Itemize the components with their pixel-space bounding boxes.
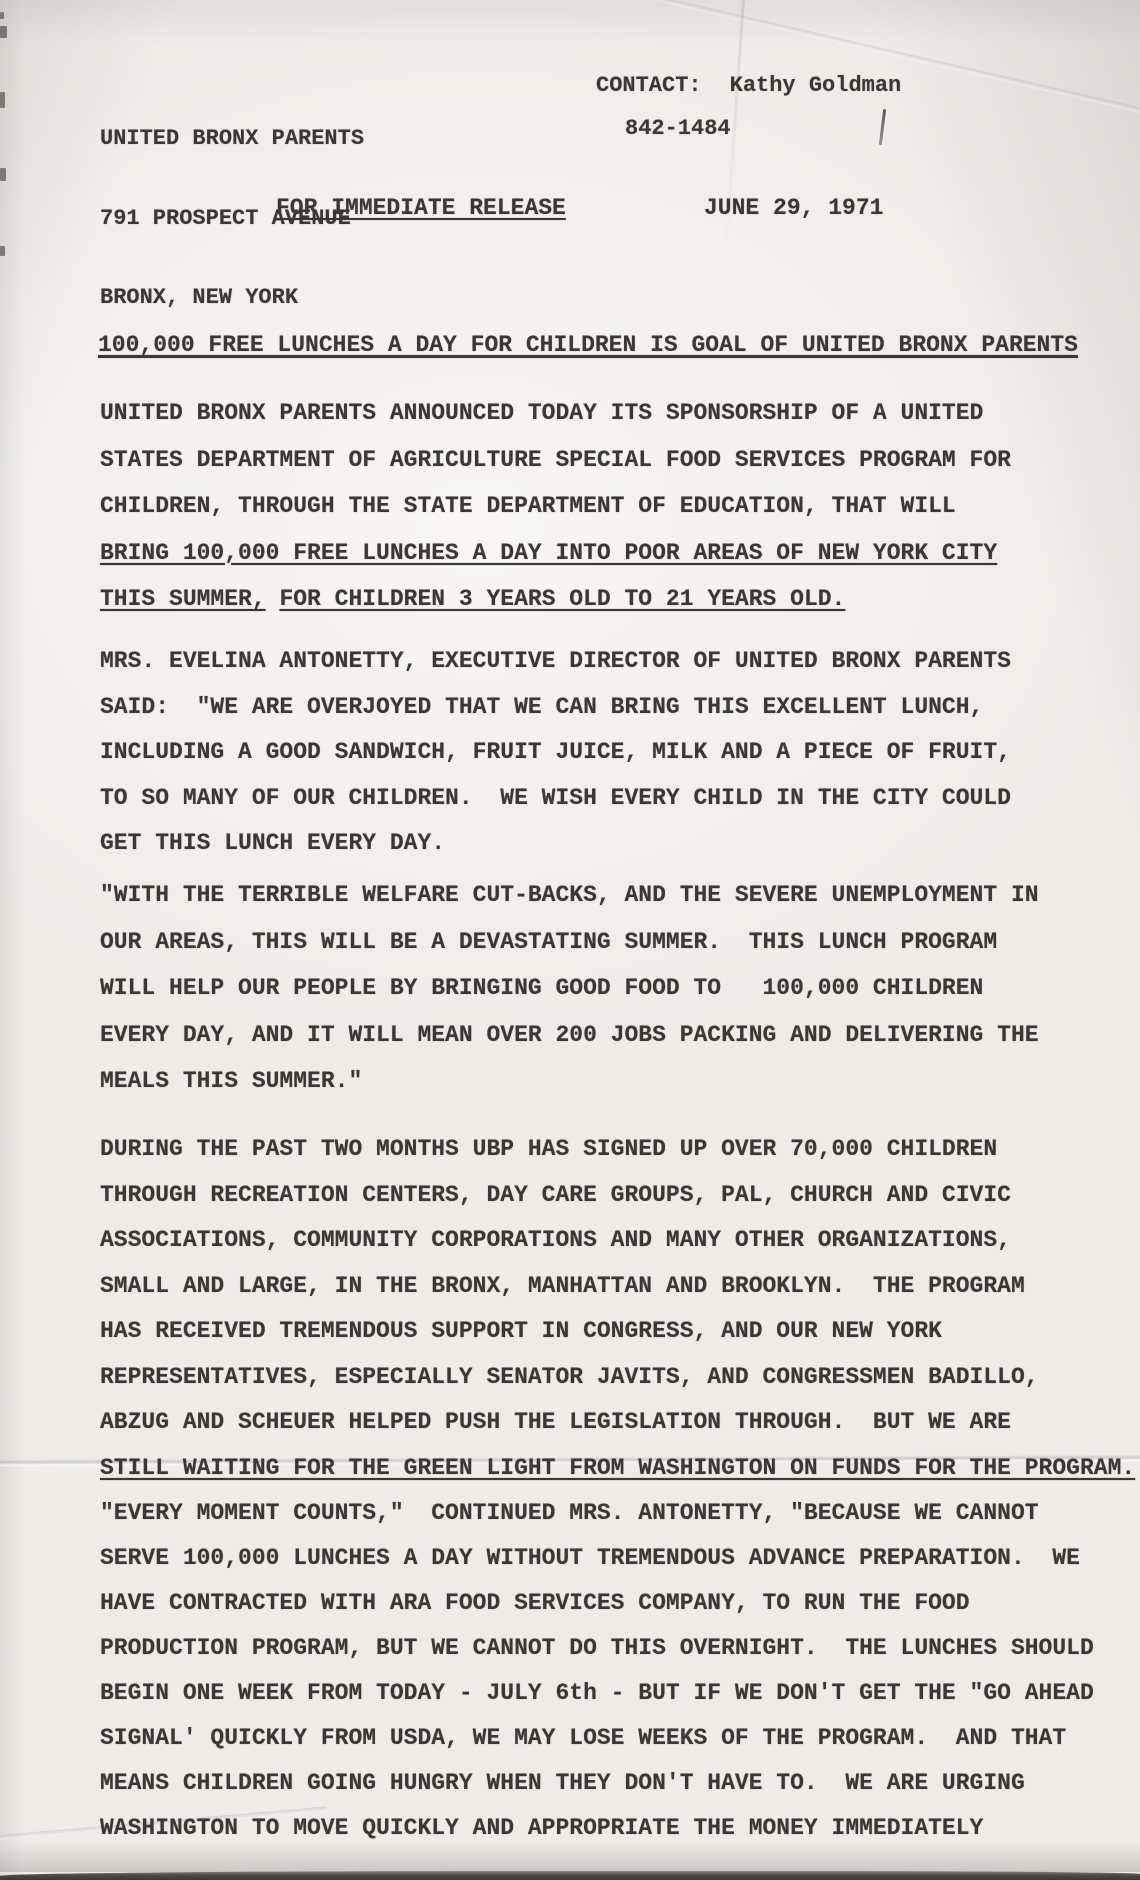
document-line: EVERY DAY, AND IT WILL MEAN OVER 200 JOB… [100,1012,1039,1059]
document-line: "EVERY MOMENT COUNTS," CONTINUED MRS. AN… [100,1491,1094,1536]
document-line: PRODUCTION PROGRAM, BUT WE CANNOT DO THI… [100,1626,1094,1671]
document-line: SIGNAL' QUICKLY FROM USDA, WE MAY LOSE W… [100,1716,1094,1761]
document-line: GET THIS LUNCH EVERY DAY. [100,821,1011,867]
document-line: STILL WAITING FOR THE GREEN LIGHT FROM W… [100,1446,1135,1492]
document-line: SAID: "WE ARE OVERJOYED THAT WE CAN BRIN… [100,685,1011,731]
document-line: WILL HELP OUR PEOPLE BY BRINGING GOOD FO… [100,965,1039,1012]
document-line: THIS SUMMER, FOR CHILDREN 3 YEARS OLD TO… [100,576,1011,623]
scan-edge-artifact [0,246,5,256]
scan-edge-artifact [0,168,6,181]
release-line: FOR IMMEDIATE RELEASE [276,193,566,223]
document-line: THROUGH RECREATION CENTERS, DAY CARE GRO… [100,1173,1135,1219]
document-line: MEANS CHILDREN GOING HUNGRY WHEN THEY DO… [100,1761,1094,1806]
paragraph-4: DURING THE PAST TWO MONTHS UBP HAS SIGNE… [100,1127,1135,1491]
document-line: INCLUDING A GOOD SANDWICH, FRUIT JUICE, … [100,730,1011,776]
paper-crease [639,0,1140,123]
document-line: BEGIN ONE WEEK FROM TODAY - JULY 6th - B… [100,1671,1094,1716]
scan-edge-artifact [0,12,4,19]
document-line: ABZUG AND SCHEUER HELPED PUSH THE LEGISL… [100,1400,1135,1446]
document-line: SMALL AND LARGE, IN THE BRONX, MANHATTAN… [100,1264,1135,1310]
org-city: BRONX, NEW YORK [100,285,364,312]
paragraph-3: "WITH THE TERRIBLE WELFARE CUT-BACKS, AN… [100,872,1039,1105]
document-line: SERVE 100,000 LUNCHES A DAY WITHOUT TREM… [100,1536,1094,1581]
contact-name: Kathy Goldman [730,73,902,98]
document-line: "WITH THE TERRIBLE WELFARE CUT-BACKS, AN… [100,872,1039,919]
document-line: CHILDREN, THROUGH THE STATE DEPARTMENT O… [100,483,1011,530]
paper-bottom-edge-shadow [0,1842,1140,1872]
scanned-press-release-page: UNITED BRONX PARENTS 791 PROSPECT AVENUE… [0,0,1140,1880]
contact-phone: 842-1484 [625,116,731,143]
paragraph-2: MRS. EVELINA ANTONETTY, EXECUTIVE DIRECT… [100,639,1011,867]
document-line: HAS RECEIVED TREMENDOUS SUPPORT IN CONGR… [100,1309,1135,1355]
document-line: MRS. EVELINA ANTONETTY, EXECUTIVE DIRECT… [100,639,1011,685]
document-line: STATES DEPARTMENT OF AGRICULTURE SPECIAL… [100,437,1011,484]
document-line: REPRESENTATIVES, ESPECIALLY SENATOR JAVI… [100,1355,1135,1401]
headline: 100,000 FREE LUNCHES A DAY FOR CHILDREN … [98,330,1078,360]
document-line: TO SO MANY OF OUR CHILDREN. WE WISH EVER… [100,776,1011,822]
org-name: UNITED BRONX PARENTS [100,126,364,153]
document-line: BRING 100,000 FREE LUNCHES A DAY INTO PO… [100,530,1011,577]
document-line: MEALS THIS SUMMER." [100,1058,1039,1105]
contact-line: CONTACT:Kathy Goldman [596,73,901,100]
document-line: OUR AREAS, THIS WILL BE A DEVASTATING SU… [100,919,1039,966]
contact-label: CONTACT: [596,73,702,98]
scanner-bed-edge [0,1871,1140,1880]
paragraph-5: "EVERY MOMENT COUNTS," CONTINUED MRS. AN… [100,1491,1094,1851]
document-line: HAVE CONTRACTED WITH ARA FOOD SERVICES C… [100,1581,1094,1626]
scan-edge-artifact [0,92,5,108]
release-date: JUNE 29, 1971 [704,193,883,223]
release-label: FOR IMMEDIATE RELEASE [276,195,566,221]
document-line: ASSOCIATIONS, COMMUNITY CORPORATIONS AND… [100,1218,1135,1264]
paragraph-1: UNITED BRONX PARENTS ANNOUNCED TODAY ITS… [100,390,1011,623]
document-line: UNITED BRONX PARENTS ANNOUNCED TODAY ITS… [100,390,1011,437]
headline-text: 100,000 FREE LUNCHES A DAY FOR CHILDREN … [98,332,1078,358]
handwritten-mark [879,109,886,145]
scan-edge-artifact [0,26,7,38]
document-line: DURING THE PAST TWO MONTHS UBP HAS SIGNE… [100,1127,1135,1173]
